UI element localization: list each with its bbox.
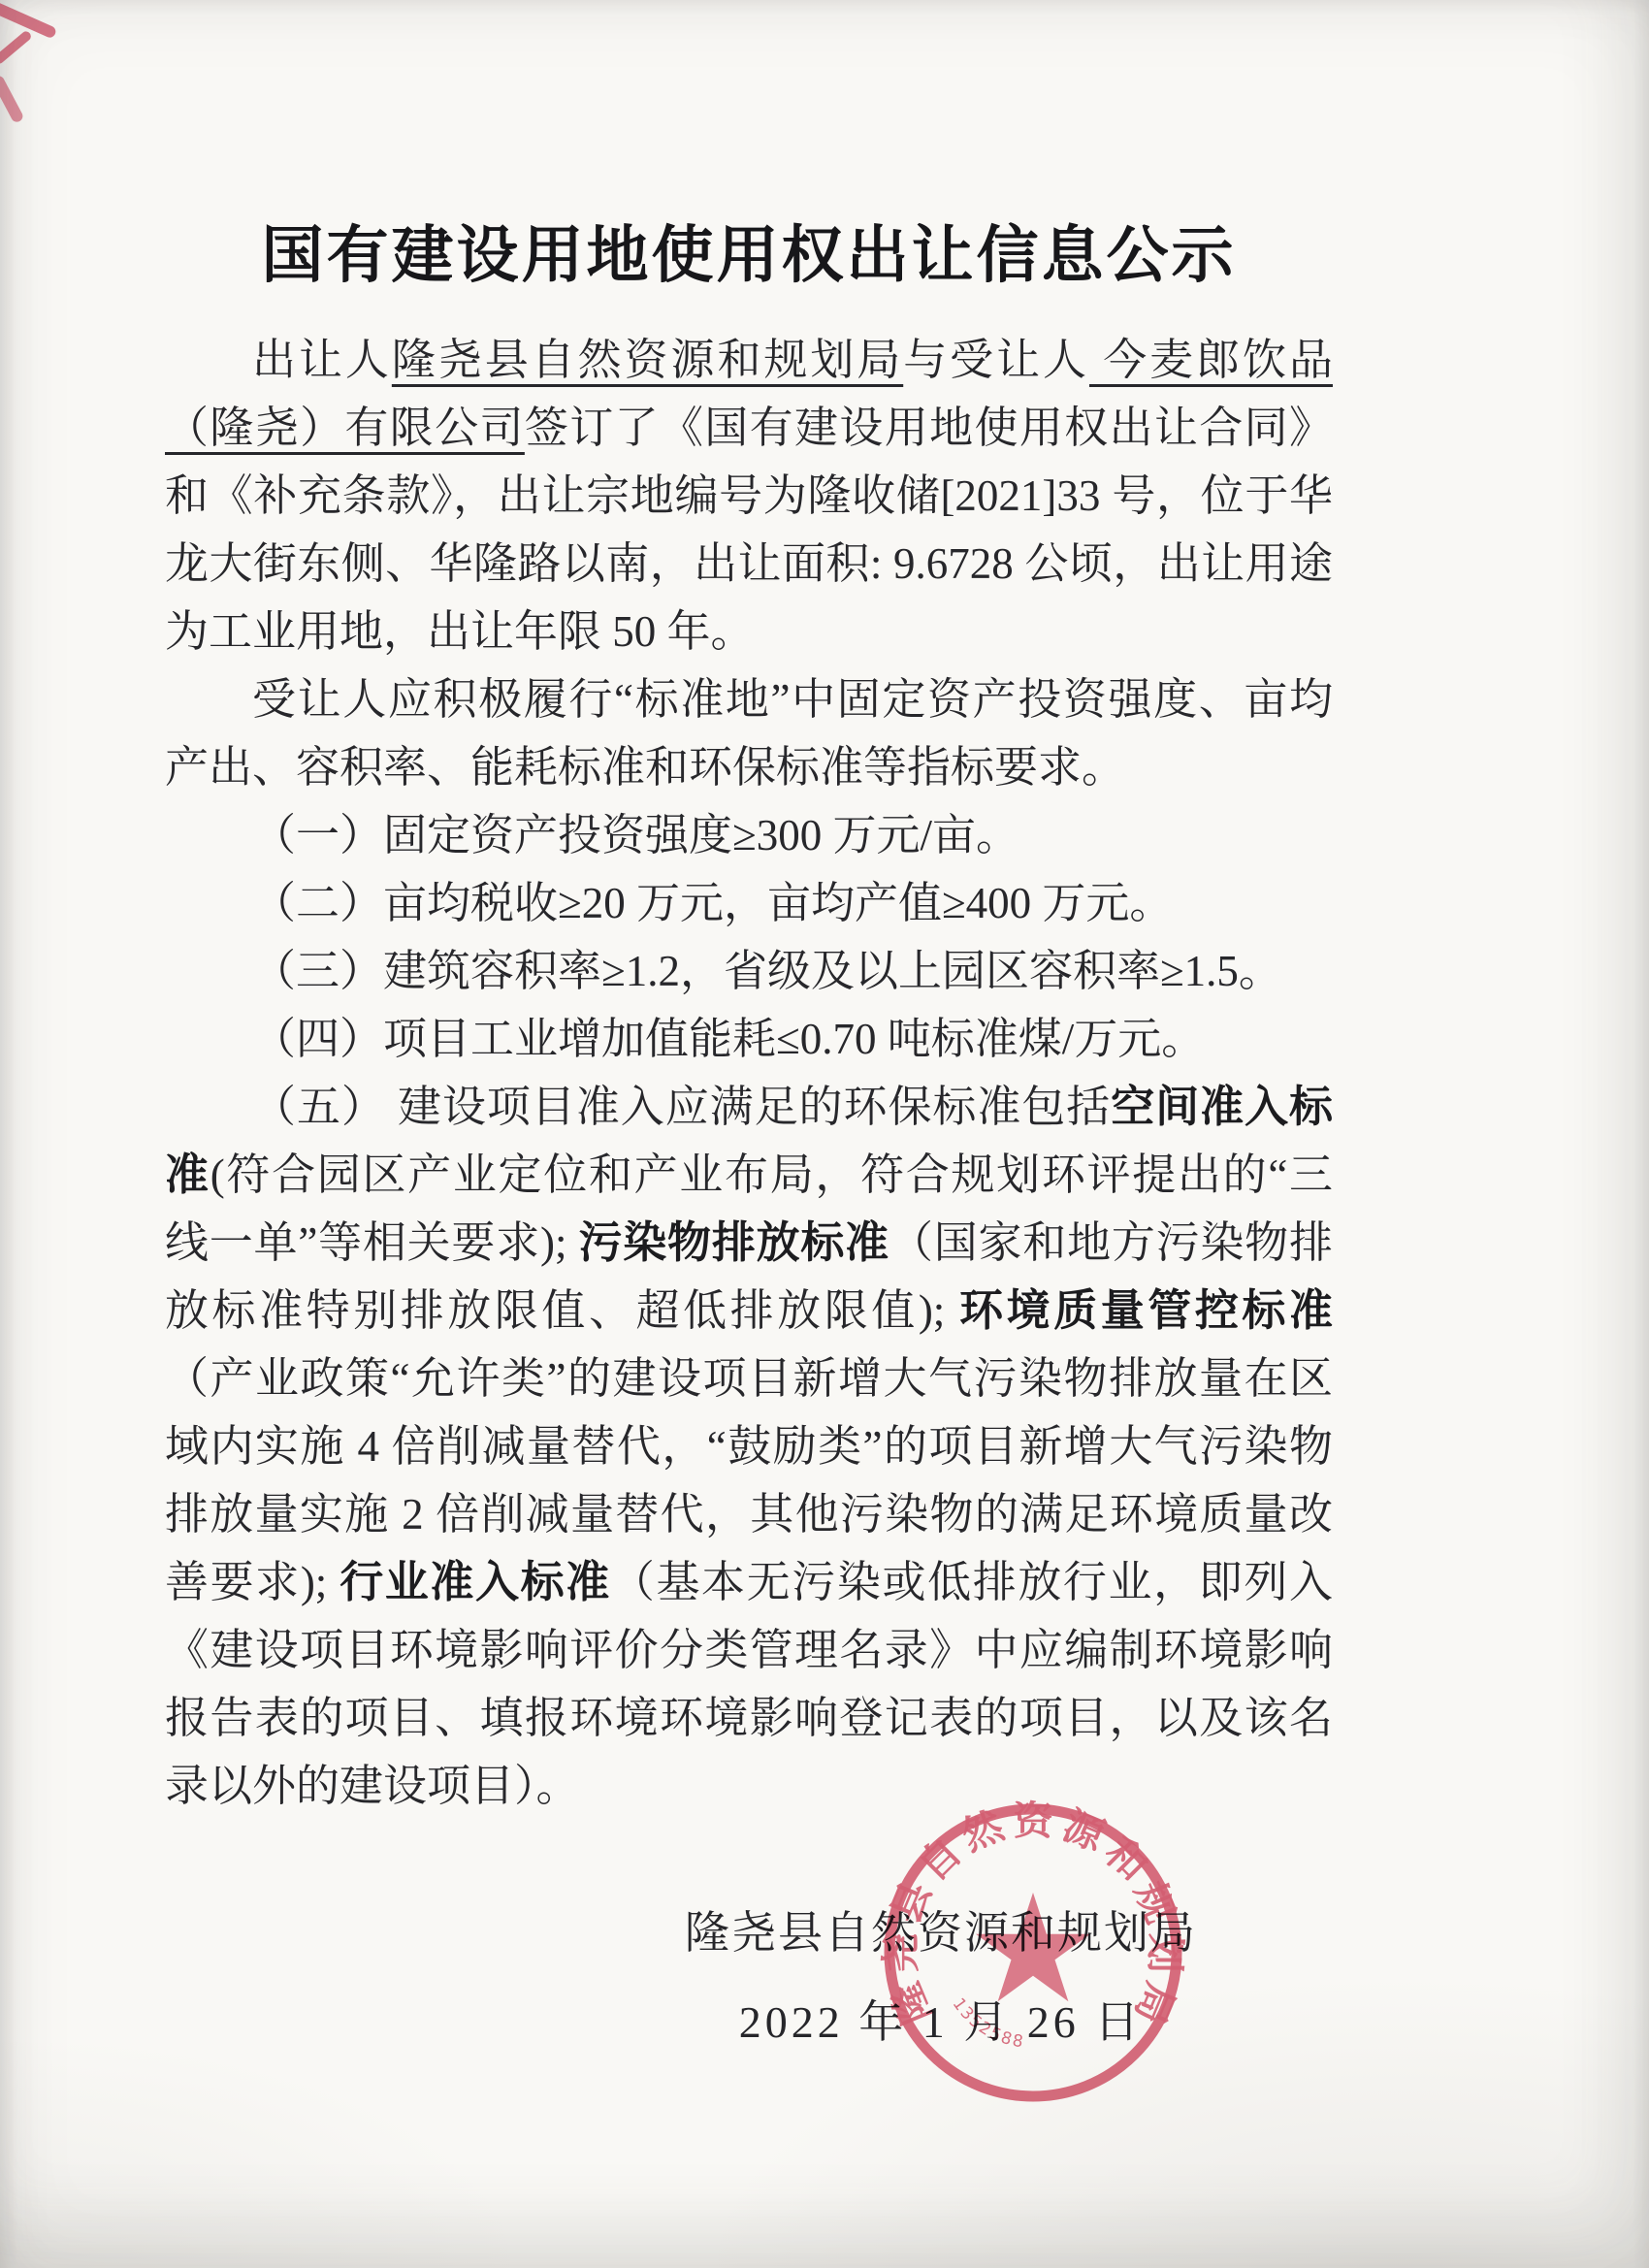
text-segment: （五） 建设项目准入应满足的环保标准包括 (252, 1083, 1111, 1131)
issue-date: 2022 年 1 月 26 日 (621, 1987, 1261, 2051)
text-segment: 隆尧县自然资源和规划局 (392, 336, 903, 384)
text-segment: （一）固定资产投资强度≥300 万元/亩。 (252, 811, 1019, 859)
text-segment: （四）项目工业增加值能耗≤0.70 吨标准煤/万元。 (252, 1015, 1205, 1063)
document-body: 出让人隆尧县自然资源和规划局与受让人 今麦郎饮品（隆尧）有限公司签订了《国有建设… (165, 326, 1333, 1820)
paragraph: （三）建筑容积率≥1.2，省级及以上园区容积率≥1.5。 (165, 937, 1333, 1005)
text-segment: 污染物排放标准 (579, 1218, 889, 1267)
paragraph: （四）项目工业增加值能耗≤0.70 吨标准煤/万元。 (165, 1005, 1333, 1073)
text-segment: 与受让人 (903, 336, 1089, 384)
paragraph: 受让人应积极履行“标准地”中固定资产投资强度、亩均产出、容积率、能耗标准和环保标… (165, 665, 1333, 801)
text-segment: （二）亩均税收≥20 万元，亩均产值≥400 万元。 (252, 879, 1173, 927)
page-title: 国有建设用地使用权出让信息公示 (165, 206, 1333, 295)
text-segment: 受让人应积极履行“标准地”中固定资产投资强度、亩均产出、容积率、能耗标准和环保标… (165, 675, 1333, 792)
pen-mark (0, 29, 33, 65)
text-segment: 出让人 (252, 336, 392, 384)
text-segment: （三）建筑容积率≥1.2，省级及以上园区容积率≥1.5。 (252, 947, 1282, 995)
scanned-page: 国有建设用地使用权出让信息公示 出让人隆尧县自然资源和规划局与受让人 今麦郎饮品… (0, 0, 1649, 2268)
issuer-signature: 隆尧县自然资源和规划局 (621, 1897, 1261, 1961)
paragraph: （二）亩均税收≥20 万元，亩均产值≥400 万元。 (165, 869, 1333, 937)
paragraph: （一）固定资产投资强度≥300 万元/亩。 (165, 801, 1333, 869)
text-segment: 环境质量管控标准 (959, 1286, 1333, 1335)
paragraph: 出让人隆尧县自然资源和规划局与受让人 今麦郎饮品（隆尧）有限公司签订了《国有建设… (165, 326, 1333, 665)
paragraph: （五） 建设项目准入应满足的环保标准包括空间准入标准(符合园区产业定位和产业布局… (165, 1073, 1333, 1820)
text-segment: 行业准入标准 (339, 1558, 611, 1606)
pen-mark (0, 74, 25, 124)
